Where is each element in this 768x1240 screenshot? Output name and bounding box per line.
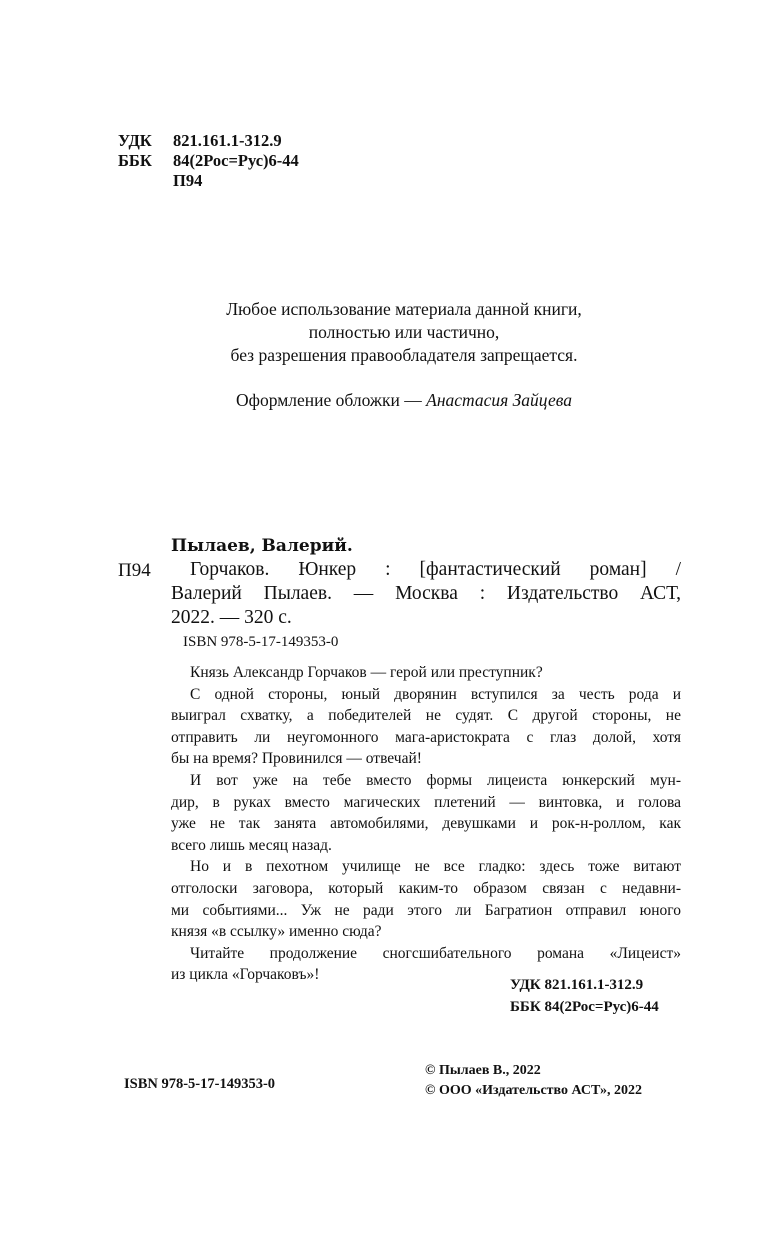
annotation-line: всего лишь месяц назад. [171,835,681,857]
bbk-footer: ББК 84(2Рос=Рус)6-44 [510,996,659,1018]
annotation-line: Но и в пехотном училище не все гладко: з… [171,856,681,878]
udk-footer: УДК 821.161.1-312.9 [510,974,659,996]
rights-notice-line: без разрешения правообладателя запрещает… [0,344,768,367]
copyright-author: © Пылаев В., 2022 [425,1061,642,1081]
annotation-line: бы на время? Провинился — отвечай! [171,748,681,770]
biblio-line: Горчаков. Юнкер : [фантастический роман]… [171,558,681,582]
annotation-line: ми событиями... Уж не ради этого ли Багр… [171,900,681,922]
cover-credit: Оформление обложки — Анастасия Зайцева [0,390,768,411]
cover-designer: Анастасия Зайцева [426,390,572,410]
copyright-block: © Пылаев В., 2022 © ООО «Издательство АС… [425,1061,642,1101]
annotation-line: Читайте продолжение сногсшибательного ро… [171,943,681,965]
annotation-line: выиграл схватку, а победителей не судят.… [171,705,681,727]
annotation-line: отголоски заговора, который каким-то обр… [171,878,681,900]
udk-value: 821.161.1-312.9 [173,131,282,151]
biblio-line: 2022. — 320 с. [171,606,681,630]
rights-notice-line: Любое использование материала данной кни… [0,298,768,321]
annotation-line: С одной стороны, юный дворянин вступился… [171,684,681,706]
isbn-footer: ISBN 978-5-17-149353-0 [124,1076,275,1093]
classification-codes: УДК821.161.1-312.9 ББК84(2Рос=Рус)6-44 П… [118,131,299,191]
biblio-line: Валерий Пылаев. — Москва : Издательство … [171,582,681,606]
annotation-line: князя «в ссылку» именно сюда? [171,921,681,943]
classification-footer: УДК 821.161.1-312.9 ББК 84(2Рос=Рус)6-44 [510,974,659,1018]
bbk-label: ББК [118,151,173,171]
udk-label: УДК [118,131,173,151]
library-index: П94 [118,560,151,582]
copyright-publisher: © ООО «Издательство АСТ», 2022 [425,1081,642,1101]
annotation-line: Князь Александр Горчаков — герой или пре… [171,662,681,684]
author-mark: П94 [173,171,202,191]
annotation-line: уже не так занята автомобилями, девушкам… [171,813,681,835]
bibliographic-description: Горчаков. Юнкер : [фантастический роман]… [171,558,681,630]
author-heading: Пылаев, Валерий. [171,536,353,556]
bbk-value: 84(2Рос=Рус)6-44 [173,151,299,171]
rights-notice-line: полностью или частично, [0,321,768,344]
annotation-line: дир, в руках вместо магических плетений … [171,792,681,814]
annotation-line: И вот уже на тебе вместо формы лицеиста … [171,770,681,792]
isbn-record: ISBN 978-5-17-149353-0 [183,634,338,651]
annotation: Князь Александр Горчаков — герой или пре… [171,662,681,986]
annotation-line: отправить ли неугомонного мага-аристокра… [171,727,681,749]
cover-credit-label: Оформление обложки — [236,390,426,410]
rights-notice: Любое использование материала данной кни… [0,298,768,367]
